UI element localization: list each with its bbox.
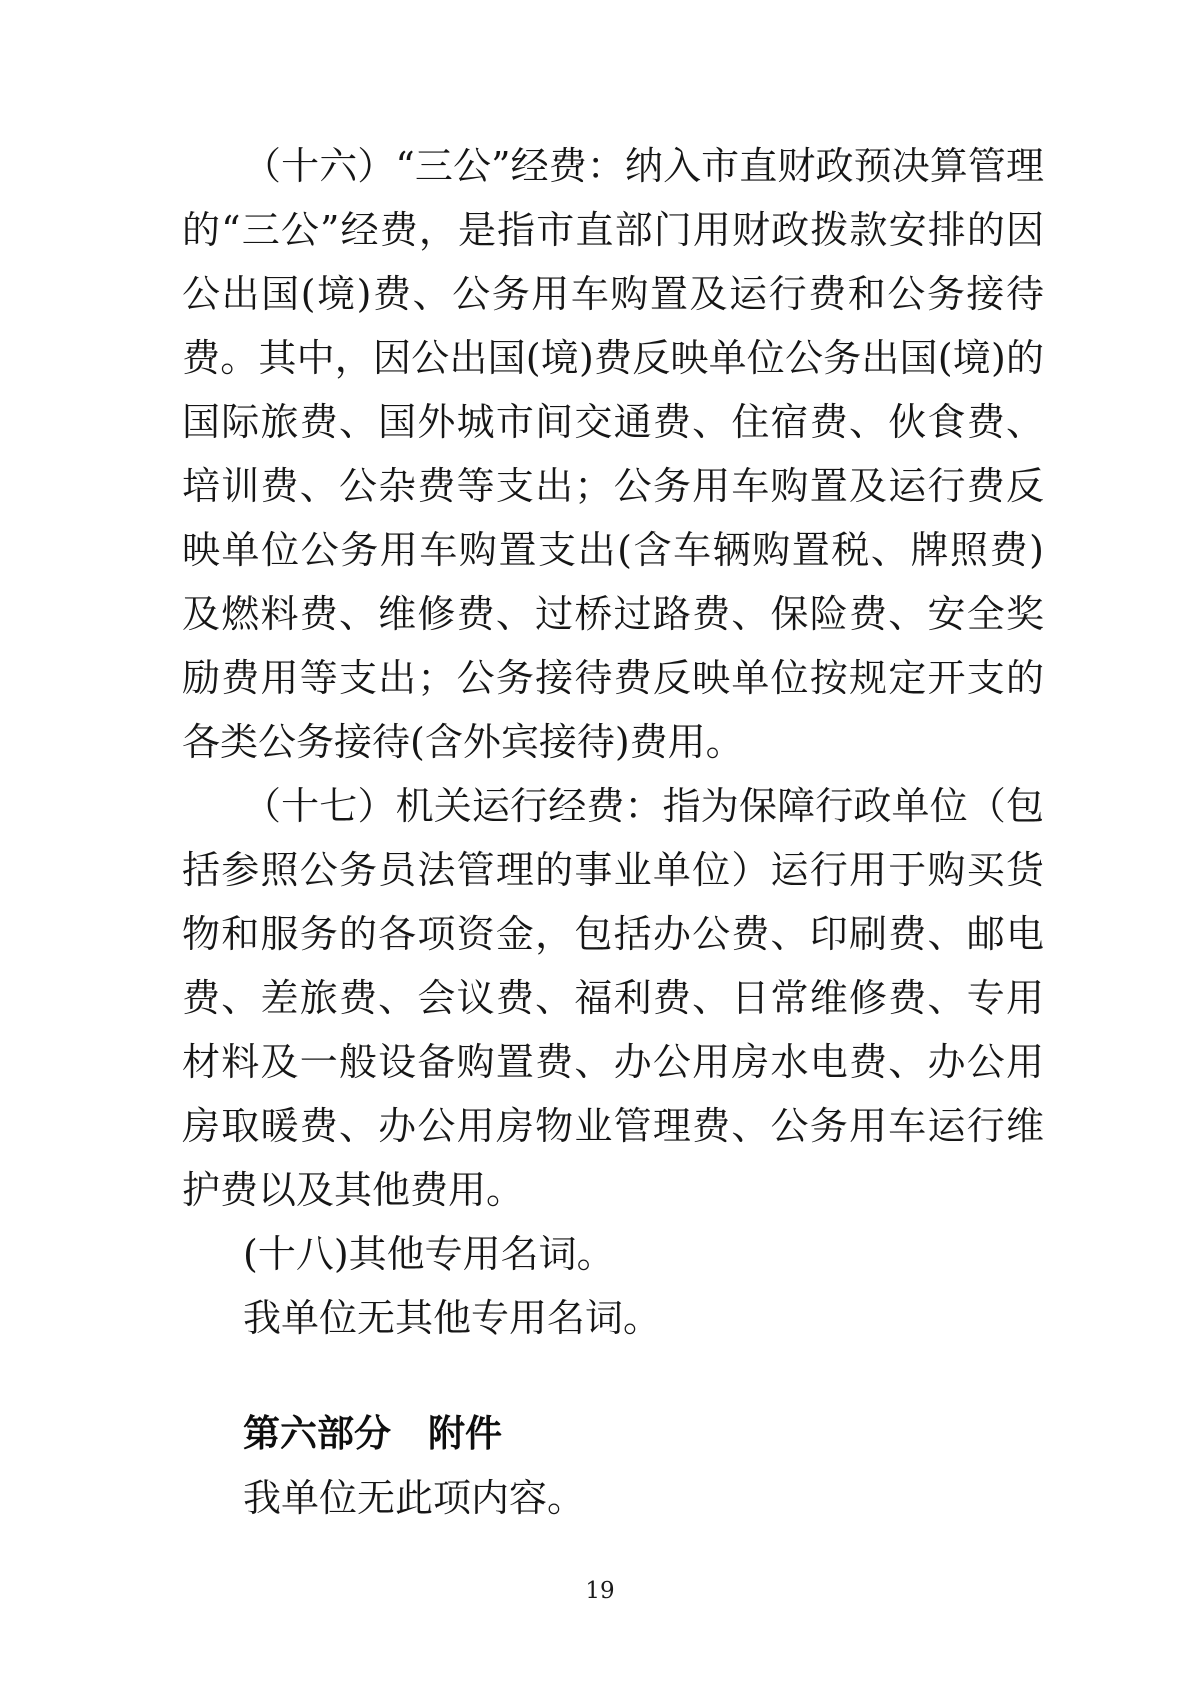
paragraph-18-other-terms: (十八)其他专用名词。 — [182, 1222, 1044, 1286]
section-heading-part-six-attachments: 第六部分 附件 — [182, 1402, 1044, 1466]
page-number: 19 — [0, 1576, 1200, 1606]
paragraph-18-note: 我单位无其他专用名词。 — [182, 1286, 1044, 1350]
paragraph-17-agency-operating-expenses: （十七）机关运行经费：指为保障行政单位（包括参照公务员法管理的事业单位）运行用于… — [182, 774, 1044, 1222]
paragraph-16-sangong-expenses: （十六）“三公”经费：纳入市直财政预决算管理的“三公”经费，是指市直部门用财政拨… — [182, 134, 1044, 774]
section-note-no-content: 我单位无此项内容。 — [182, 1466, 1044, 1530]
page-content: （十六）“三公”经费：纳入市直财政预决算管理的“三公”经费，是指市直部门用财政拨… — [182, 134, 1044, 1530]
document-page: （十六）“三公”经费：纳入市直财政预决算管理的“三公”经费，是指市直部门用财政拨… — [0, 0, 1200, 1697]
